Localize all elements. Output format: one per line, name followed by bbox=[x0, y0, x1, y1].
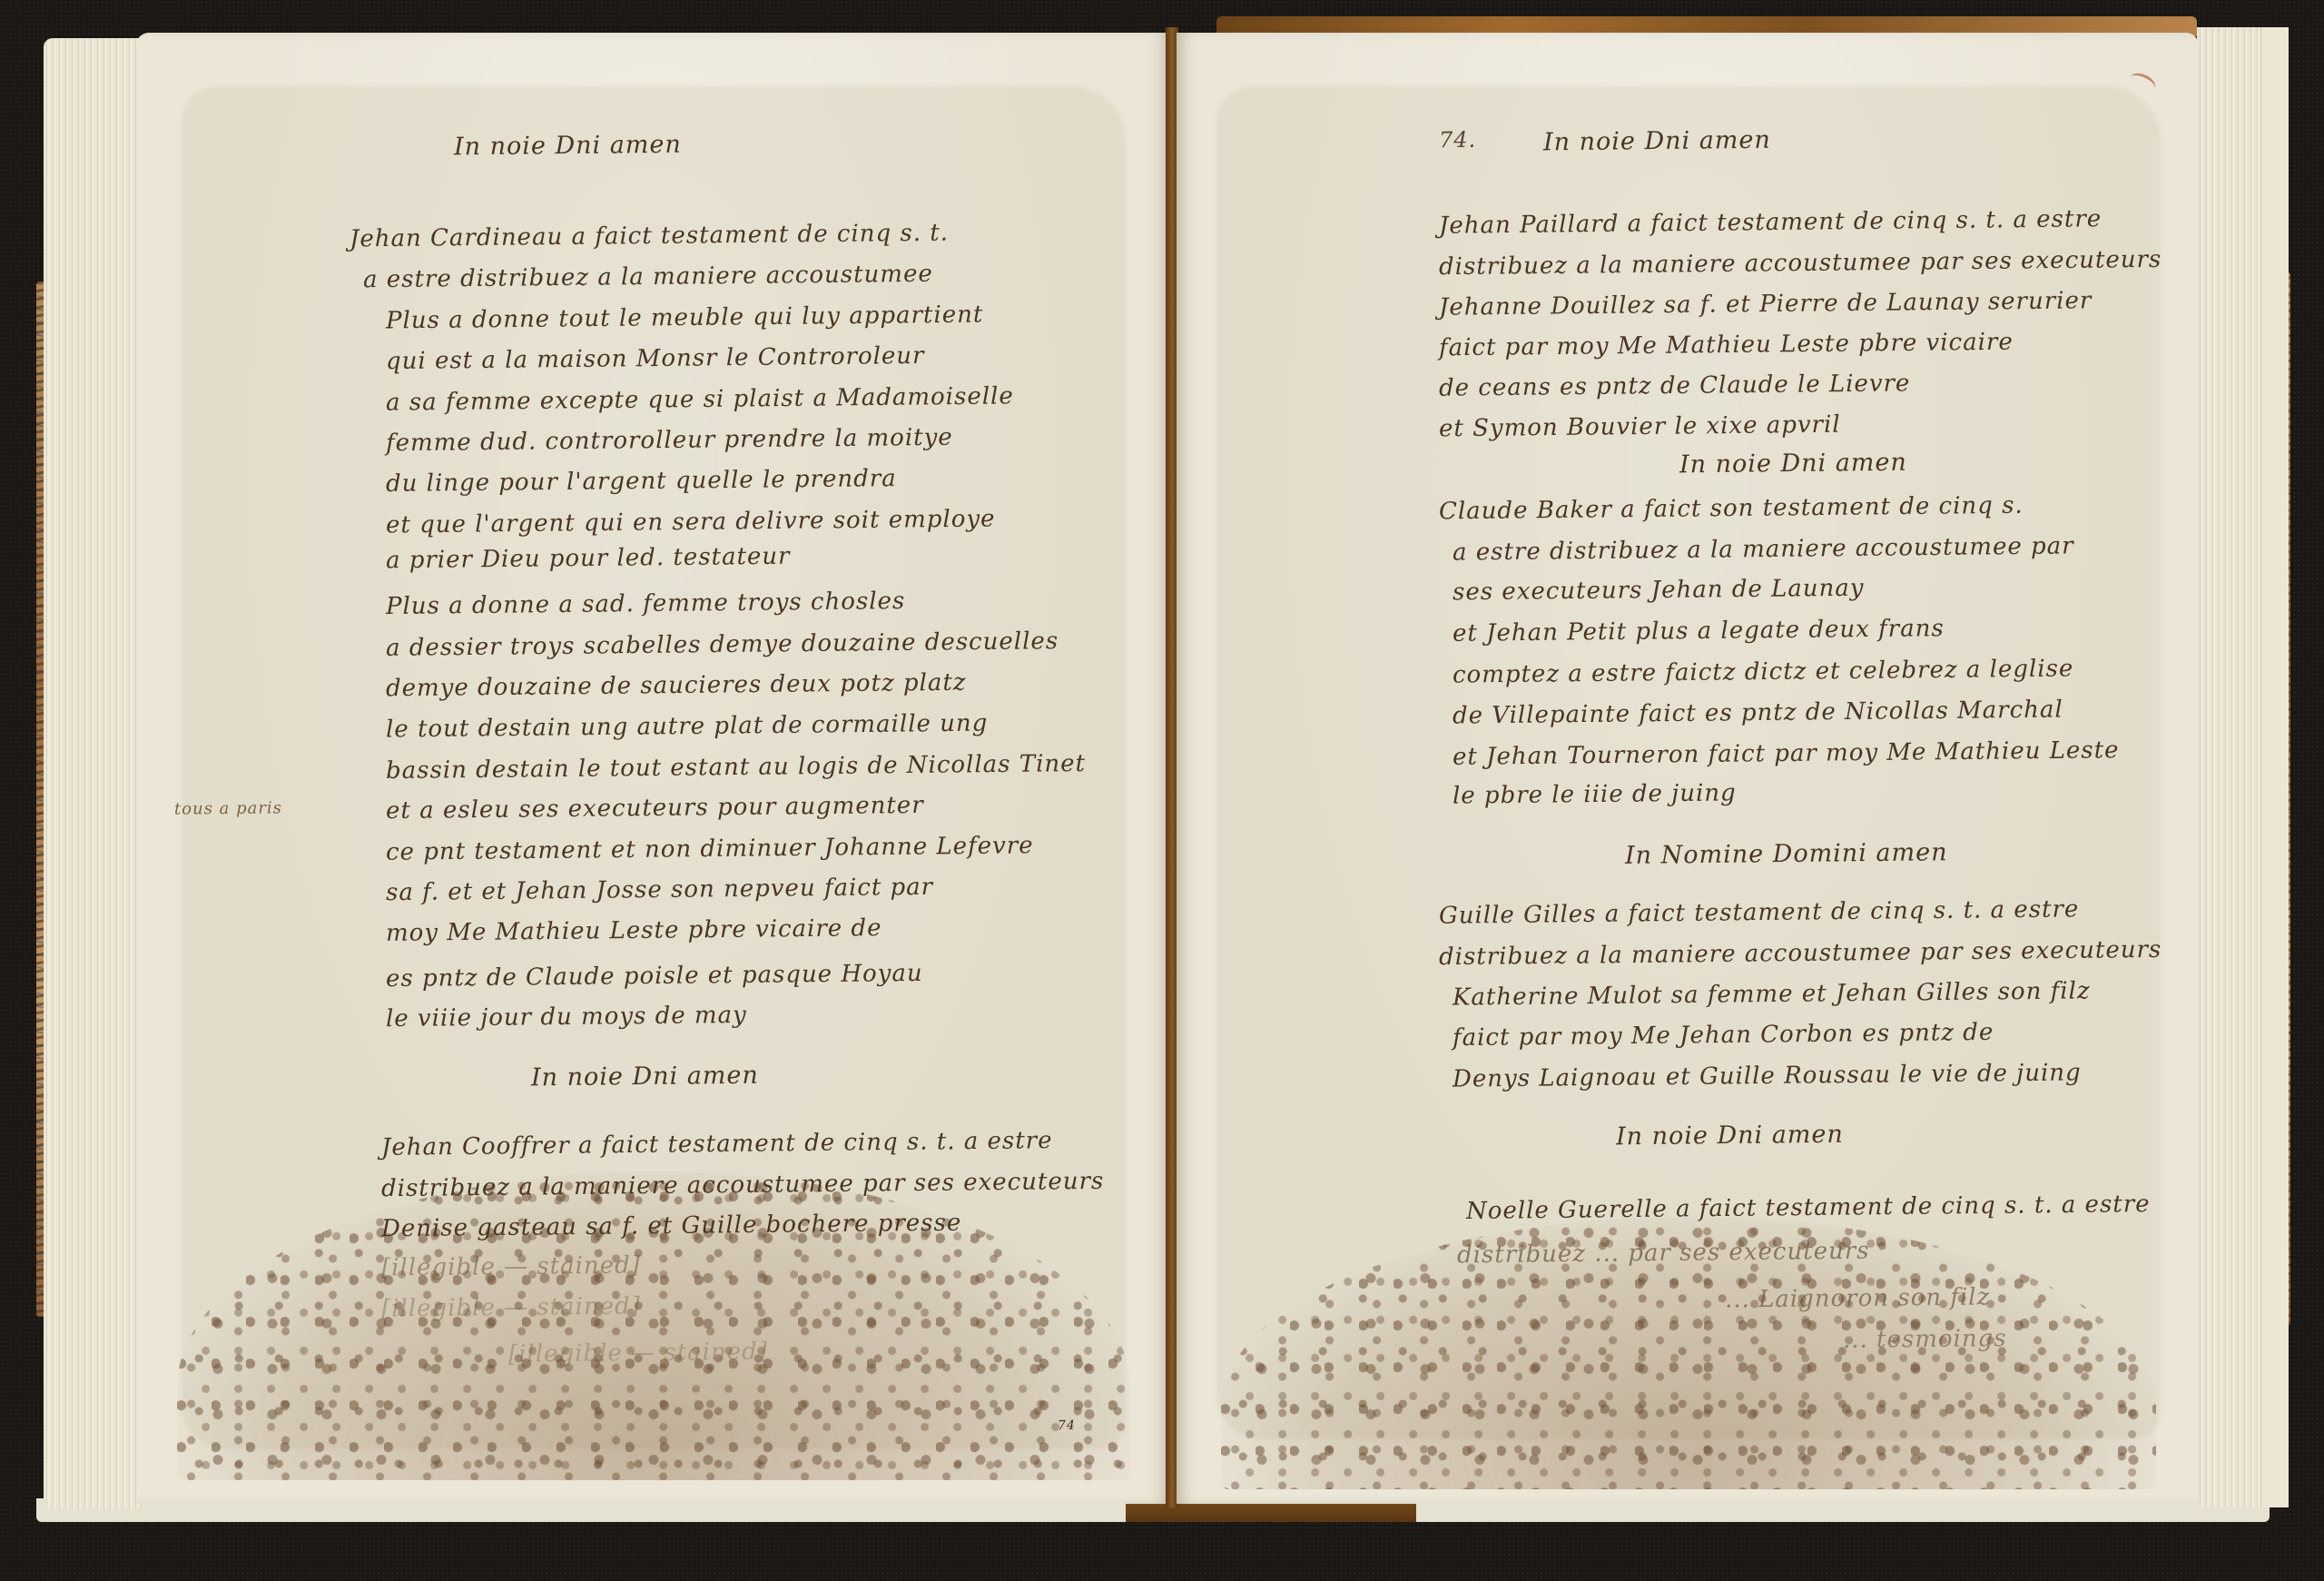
right-heading-2: In noie Dni amen bbox=[1679, 449, 1907, 479]
text-line: faict par moy Me Jehan Corbon es pntz de bbox=[1452, 1019, 1994, 1052]
open-book: tous a paris In noie Dni amen Jehan Card… bbox=[0, 0, 2324, 1581]
text-line: a prier Dieu pour led. testateur bbox=[386, 543, 791, 575]
text-line-illegible: [illegible — stained] bbox=[381, 1293, 641, 1323]
right-heading-1: In noie Dni amen bbox=[1543, 126, 1771, 157]
text-line: et Symon Bouvier le xixe apvril bbox=[1439, 411, 1841, 443]
text-line: ses executeurs Jehan de Launay bbox=[1452, 575, 1865, 607]
margin-note: tous a paris bbox=[174, 798, 282, 818]
endpaper-right bbox=[2260, 27, 2289, 1507]
text-line: du linge pour l'argent quelle le prendra bbox=[386, 465, 897, 498]
right-heading-3: In Nomine Domini amen bbox=[1625, 838, 1948, 870]
right-heading-4: In noie Dni amen bbox=[1616, 1121, 1844, 1151]
text-line: distribuez ... par ses executeurs bbox=[1457, 1238, 1870, 1270]
text-line: et a esleu ses executeurs pour augmenter bbox=[386, 792, 924, 825]
text-line-illegible: [illegible — stained] bbox=[381, 1252, 641, 1282]
text-line: Plus a donne a sad. femme troys chosles bbox=[386, 588, 906, 620]
text-line: es pntz de Claude poisle et pasque Hoyau bbox=[386, 960, 923, 993]
text-line: le pbre le iiie de juing bbox=[1452, 779, 1737, 809]
page-stack-left bbox=[44, 38, 143, 1509]
text-line: sa f. et et Jehan Josse son nepveu faict… bbox=[386, 874, 933, 906]
left-heading-1: In noie Dni amen bbox=[454, 131, 682, 162]
text-line: moy Me Mathieu Leste pbre vicaire de bbox=[386, 914, 882, 947]
text-line: de ceans es pntz de Claude le Lievre bbox=[1439, 370, 1911, 401]
text-line: ... tesmoings bbox=[1843, 1325, 2007, 1354]
text-line: et Jehan Petit plus a legate deux frans bbox=[1452, 615, 1945, 647]
left-heading-2: In noie Dni amen bbox=[531, 1062, 759, 1092]
text-line: qui est a la maison Monsr le Controroleu… bbox=[386, 342, 925, 375]
text-line: ... Laignoron son filz bbox=[1725, 1283, 1991, 1313]
text-line-illegible: [illegible — stained] bbox=[508, 1339, 768, 1369]
text-line: le viiie jour du moys de may bbox=[386, 1002, 747, 1033]
folio-number: 74. bbox=[1439, 127, 1476, 153]
bottom-mark: 74 bbox=[1058, 1418, 1076, 1433]
